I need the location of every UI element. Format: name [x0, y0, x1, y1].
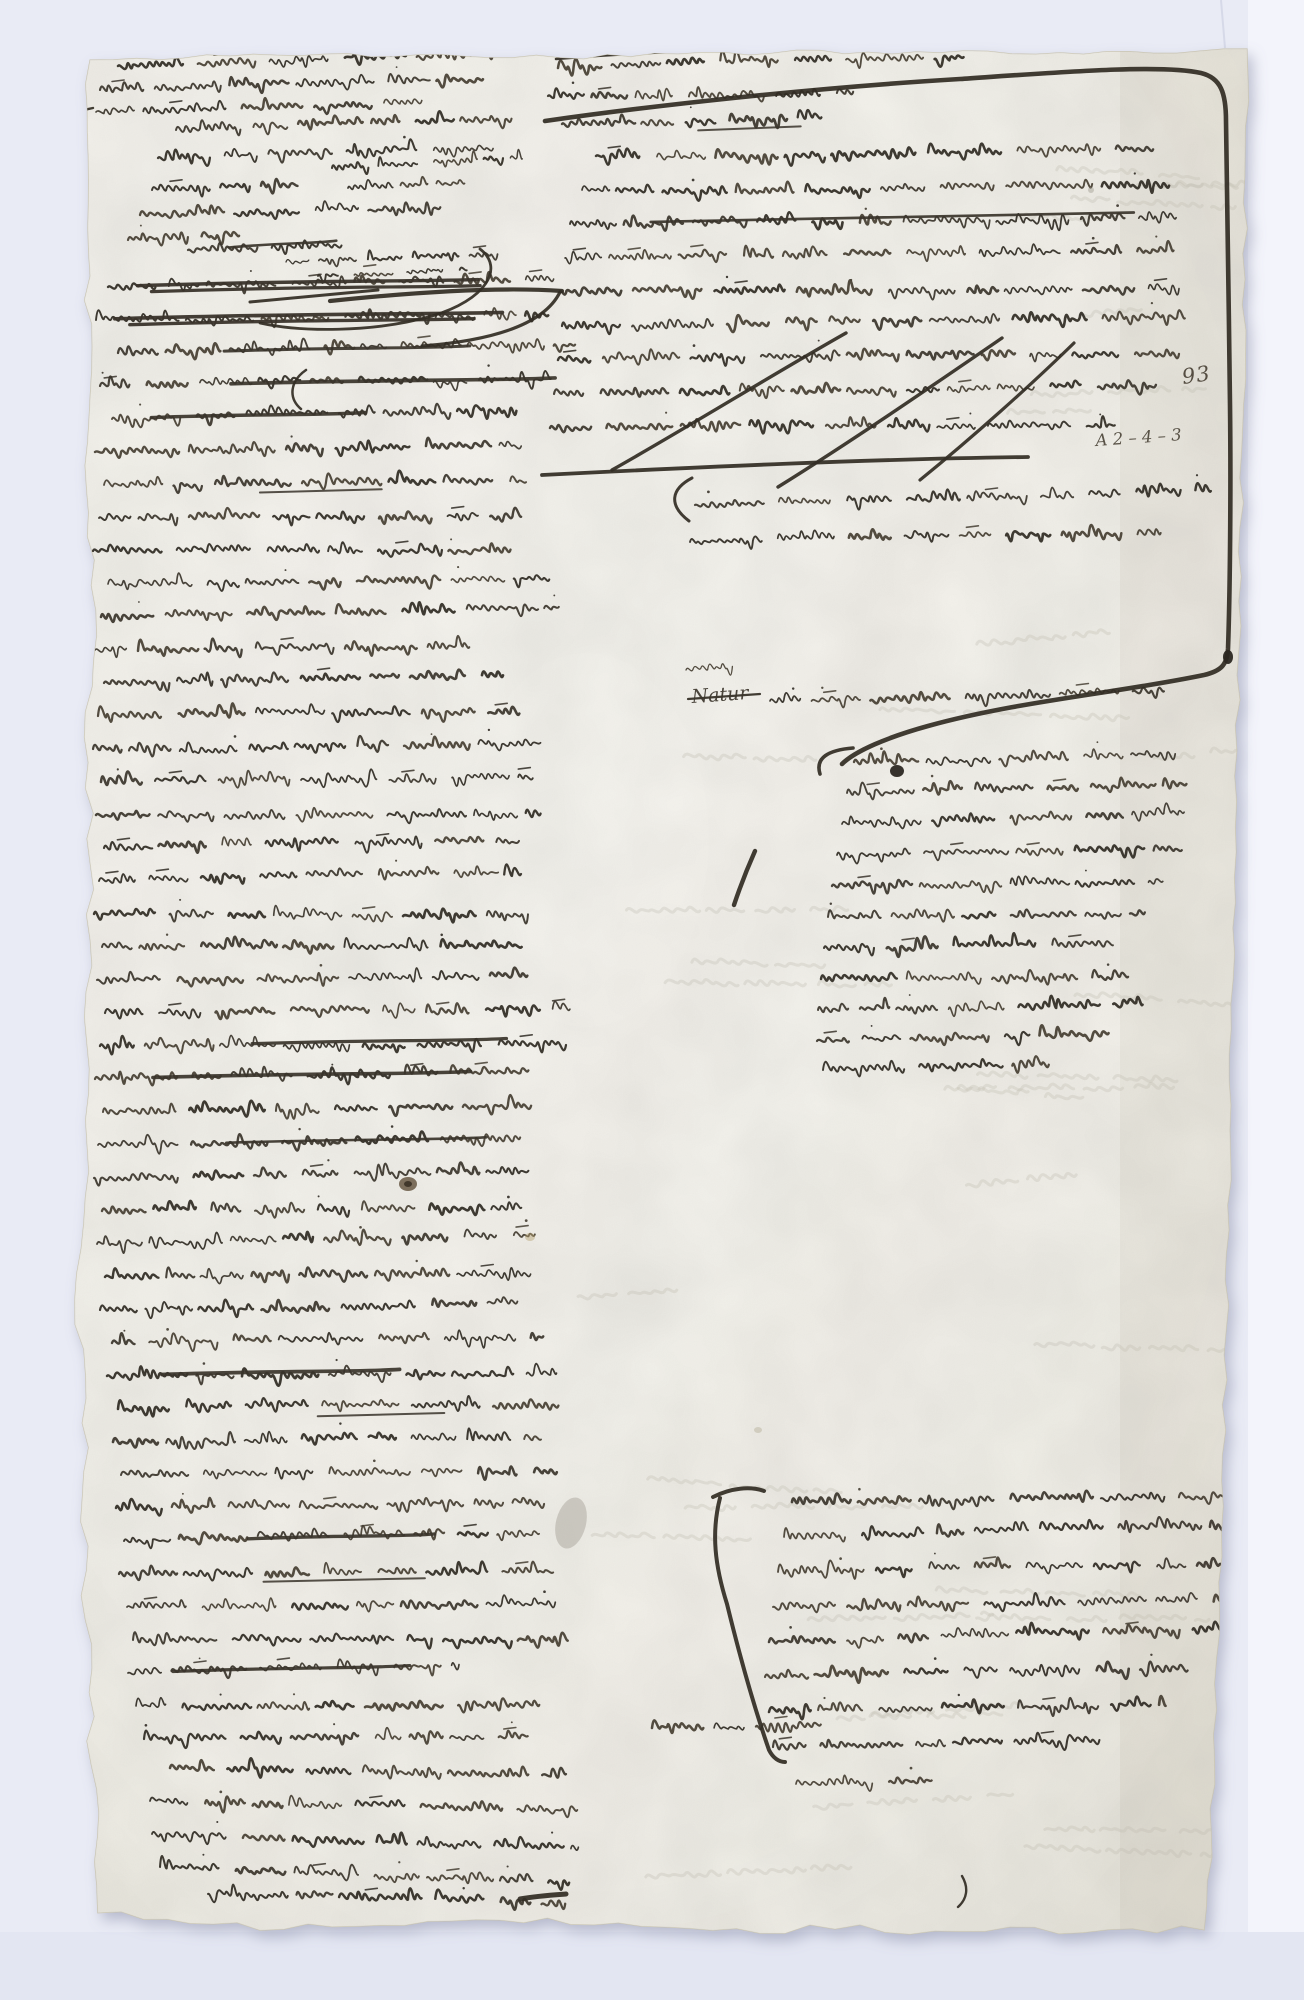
- blot-1: [404, 1181, 412, 1187]
- blot-6: [1088, 187, 1094, 193]
- struck-word-natur: Natur: [690, 682, 751, 708]
- manuscript-svg: 93A 2 – 4 – 3Natur: [0, 0, 1304, 2000]
- blot-3: [890, 765, 904, 777]
- page-number-mark: 93: [1180, 361, 1212, 389]
- paper-surface: 93A 2 – 4 – 3Natur: [0, 0, 1304, 2000]
- blot-7: [754, 1427, 762, 1433]
- manuscript-page-scan: 93A 2 – 4 – 3Natur: [0, 0, 1304, 2000]
- blot-4: [1223, 650, 1233, 664]
- blot-5: [525, 1233, 535, 1241]
